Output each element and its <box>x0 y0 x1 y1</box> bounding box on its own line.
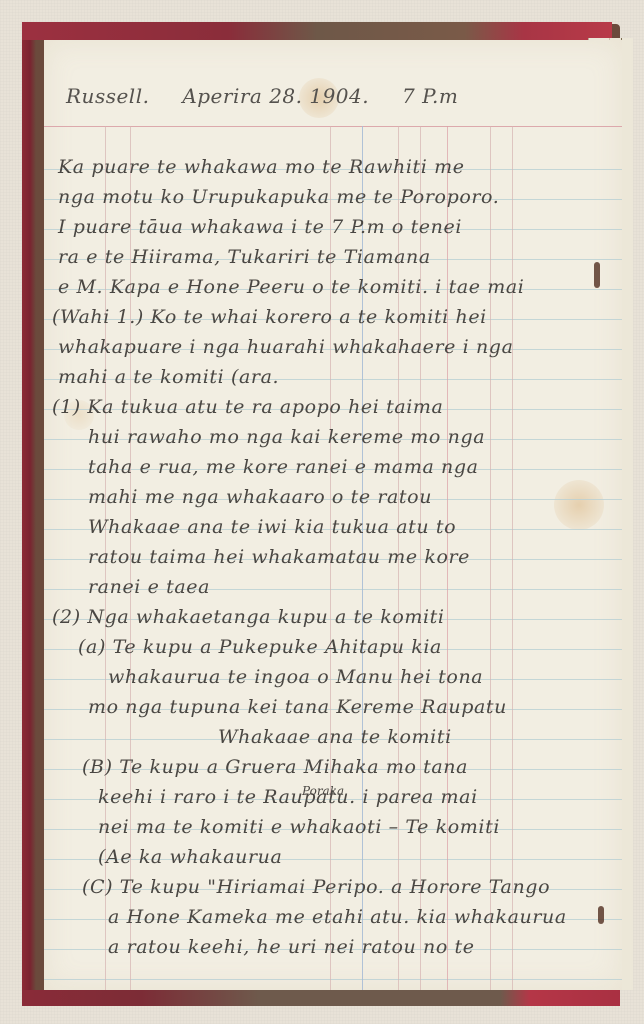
handwritten-line: a Hone Kameka me etahi atu. kia whakauru… <box>108 906 567 928</box>
handwritten-line: ra e te Hiirama, Tukariri te Tiamana <box>58 246 431 268</box>
handwritten-line: hui rawaho mo nga kai kereme mo nga <box>88 426 485 448</box>
handwritten-line: Whakaae ana te komiti <box>218 726 452 748</box>
handwritten-line: mahi me nga whakaaro o te ratou <box>88 486 432 508</box>
ink-blot <box>598 906 604 924</box>
handwritten-line: keehi i raro i te Raupatu. i parea mai <box>98 786 478 808</box>
cover-bottom-edge <box>22 990 620 1006</box>
handwritten-line: whakaurua te ingoa o Manu hei tona <box>108 666 483 688</box>
handwritten-line: ratou taima hei whakamatau me kore <box>88 546 470 568</box>
header-place: Russell. <box>66 84 149 108</box>
entry-header: Russell. Aperira 28. 1904. 7 P.m <box>66 84 484 108</box>
ink-blot <box>594 262 600 288</box>
handwritten-line: (Wahi 1.) Ko te whai korero a te komiti … <box>52 306 487 328</box>
cover-top-edge <box>22 22 612 40</box>
handwritten-line: (B) Te kupu a Gruera Mihaka mo tana <box>82 756 468 778</box>
ledger-page: Russell. Aperira 28. 1904. 7 P.m Ka puar… <box>44 40 622 990</box>
handwritten-line: whakapuare i nga huarahi whakahaere i ng… <box>58 336 514 358</box>
handwritten-line: e M. Kapa e Hone Peeru o te komiti. i ta… <box>58 276 524 298</box>
handwritten-line: taha e rua, me kore ranei e mama nga <box>88 456 479 478</box>
handwritten-line: (1) Ka tukua atu te ra apopo hei taima <box>52 396 443 418</box>
foxing-stain <box>554 480 604 530</box>
handwritten-line: nei ma te komiti e whakaoti – Te komiti <box>98 816 500 838</box>
handwritten-line: (Ae ka whakaurua <box>98 846 282 868</box>
handwritten-line: a ratou keehi, he uri nei ratou no te <box>108 936 475 958</box>
column-rule <box>490 126 491 990</box>
handwritten-line: Whakaae ana te iwi kia tukua atu to <box>88 516 456 538</box>
handwritten-line: ranei e taea <box>88 576 210 598</box>
handwritten-line: I puare tāua whakawa i te 7 P.m o tenei <box>58 216 462 238</box>
handwritten-line: (2) Nga whakaetanga kupu a te komiti <box>52 606 445 628</box>
handwritten-line: nga motu ko Urupukapuka me te Poroporo. <box>58 186 499 208</box>
header-date: Aperira 28. 1904. <box>182 84 369 108</box>
handwritten-line: mahi a te komiti (ara. <box>58 366 279 388</box>
handwritten-line: (C) Te kupu "Hiriamai Peripo. a Horore T… <box>82 876 550 898</box>
column-rule <box>512 126 513 990</box>
interlinear-insert: Poraka <box>302 784 344 798</box>
handwritten-line: Ka puare te whakawa mo te Rawhiti me <box>58 156 465 178</box>
handwritten-line: (a) Te kupu a Pukepuke Ahitapu kia <box>78 636 442 658</box>
handwritten-line: mo nga tupuna kei tana Kereme Raupatu <box>88 696 507 718</box>
header-time: 7 P.m <box>402 84 458 108</box>
